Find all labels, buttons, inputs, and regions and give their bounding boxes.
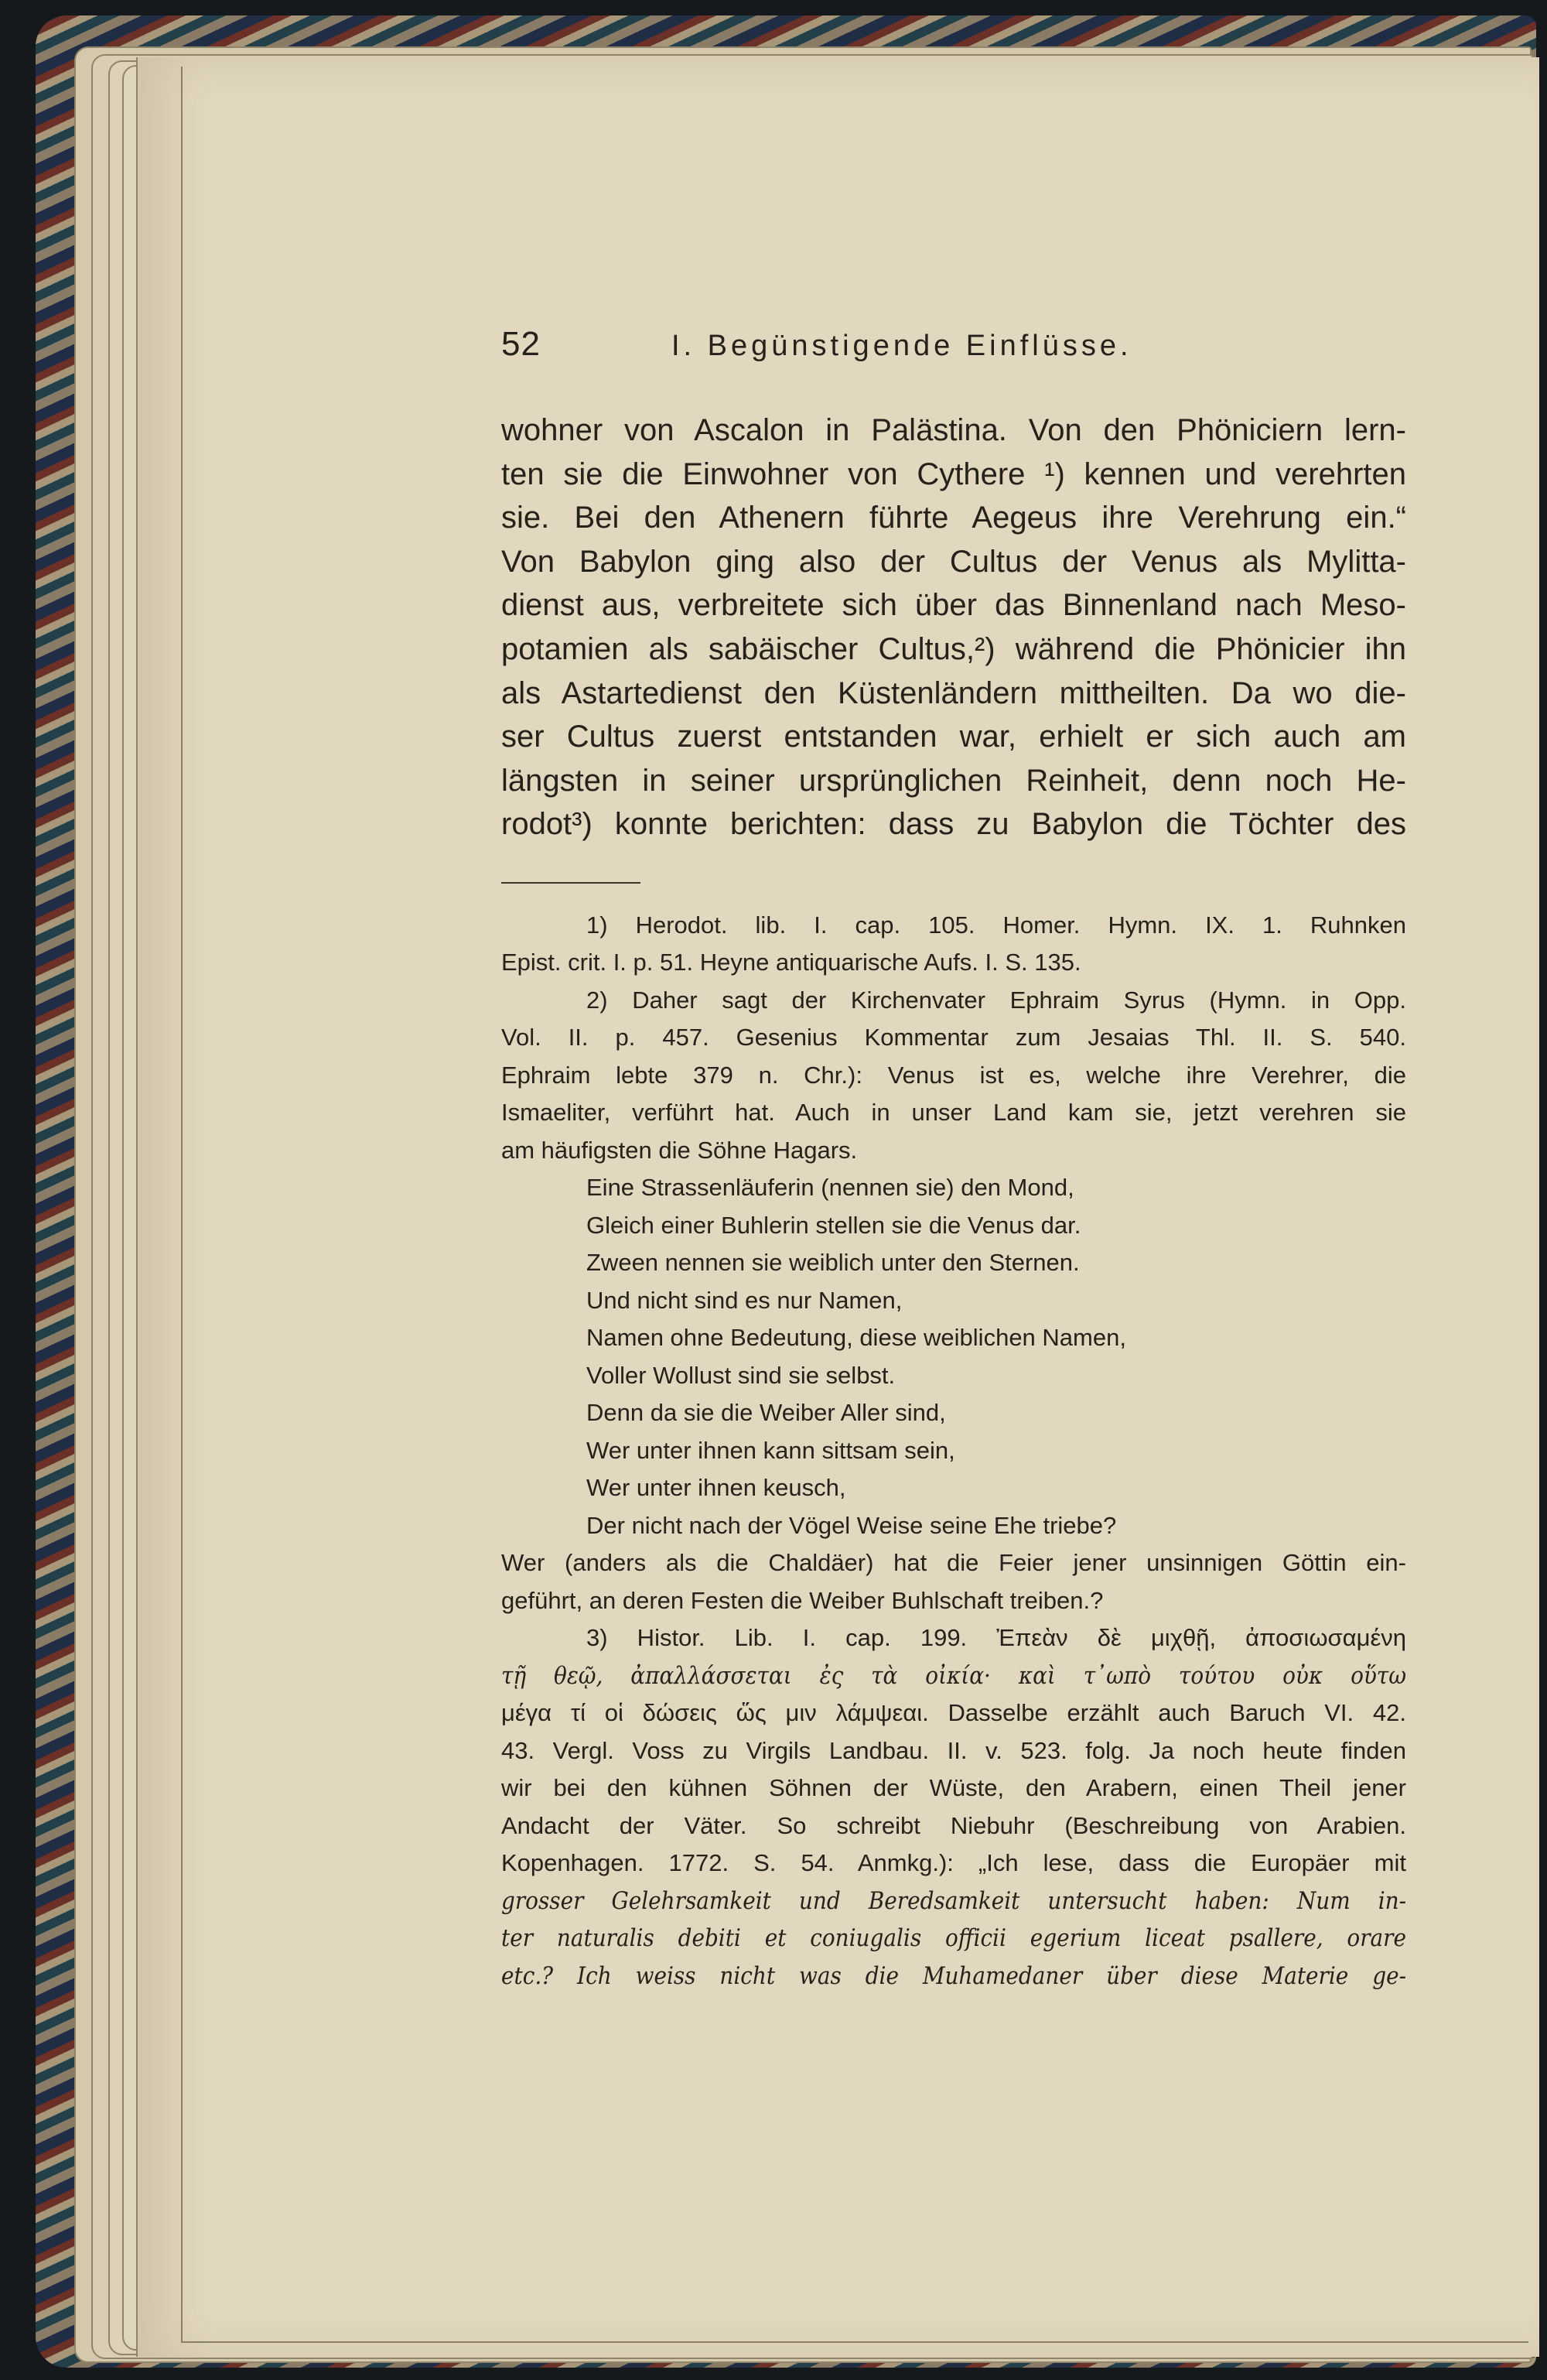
footnote-2-line: Wer (anders als die Chaldäer) hat die Fe… (501, 1544, 1406, 1582)
text-line: sie. Bei den Athenern führte Aegeus ihre… (501, 496, 1406, 540)
page-content: 52 I. Begünstigende Einflüsse. wohner vo… (501, 325, 1406, 1995)
verse-line: Namen ohne Bedeutung, diese weiblichen N… (501, 1319, 1406, 1357)
text-line: dienst aus, verbreitete sich über das Bi… (501, 583, 1406, 627)
footnote-2-line: Ismaeliter, verführt hat. Auch in unser … (501, 1094, 1406, 1132)
footnote-3-line: Kopenhagen. 1772. S. 54. Anmkg.): „Ich l… (501, 1845, 1406, 1882)
footnote-3-line: wir bei den kühnen Söhnen der Wüste, den… (501, 1770, 1406, 1807)
verse-line: Der nicht nach der Vögel Weise seine Ehe… (501, 1507, 1406, 1545)
footnote-2-line: am häufigsten die Söhne Hagars. (501, 1132, 1406, 1170)
footnote-3-greek-line: τῇ θεῷ, ἀπαλλάσσεται ἐς τὰ οἰκία· καὶ τ᾽… (501, 1657, 1406, 1695)
footnote-2-line: geführt, an deren Festen die Weiber Buhl… (501, 1582, 1406, 1620)
page-number: 52 (501, 325, 541, 364)
running-head: I. Begünstigende Einflüsse. (671, 330, 1132, 363)
footnote-3-italic-line: etc.? Ich weiss nicht was die Muhamedane… (501, 1958, 1406, 1995)
footnote-3-line: 43. Vergl. Voss zu Virgils Landbau. II. … (501, 1732, 1406, 1770)
footnote-3-italic-line: ter naturalis debiti et coniugalis offic… (501, 1920, 1406, 1958)
footnote-2-line: Ephraim lebte 379 n. Chr.): Venus ist es… (501, 1057, 1406, 1095)
footnote-1-line: Epist. crit. I. p. 51. Heyne antiquarisc… (501, 944, 1406, 982)
footnote-separator (501, 882, 640, 884)
footnote-3-line: μέγα τί οἱ δώσεις ὥς μιν λάμψεαι. Dassel… (501, 1694, 1406, 1732)
verse-line: Zween nennen sie weiblich unter den Ster… (501, 1244, 1406, 1282)
verse-line: Gleich einer Buhlerin stellen sie die Ve… (501, 1207, 1406, 1245)
verse-line: Eine Strassenläuferin (nennen sie) den M… (501, 1169, 1406, 1207)
footnote-1-line: 1) Herodot. lib. I. cap. 105. Homer. Hym… (501, 907, 1406, 945)
verse-line: Denn da sie die Weiber Aller sind, (501, 1394, 1406, 1432)
text-line: potamien als sabäischer Cultus,²) währen… (501, 627, 1406, 672)
footnotes: 1) Herodot. lib. I. cap. 105. Homer. Hym… (501, 907, 1406, 1995)
footnote-3-line: 3) Histor. Lib. I. cap. 199. Ἐπεὰν δὲ μι… (501, 1619, 1406, 1657)
main-text: wohner von Ascalon in Palästina. Von den… (501, 409, 1406, 846)
footnote-2-line: 2) Daher sagt der Kirchenvater Ephraim S… (501, 982, 1406, 1020)
verse-line: Wer unter ihnen keusch, (501, 1469, 1406, 1507)
text-line: ser Cultus zuerst entstanden war, erhiel… (501, 715, 1406, 759)
text-line: Von Babylon ging also der Cultus der Ven… (501, 540, 1406, 584)
footnote-3-italic-line: grosser Gelehrsamkeit und Beredsamkeit u… (501, 1882, 1406, 1920)
verse-line: Und nicht sind es nur Namen, (501, 1282, 1406, 1320)
verse-line: Voller Wollust sind sie selbst. (501, 1357, 1406, 1395)
footnote-2-line: Vol. II. p. 457. Gesenius Kommentar zum … (501, 1019, 1406, 1057)
footnote-3-line: Andacht der Väter. So schreibt Niebuhr (… (501, 1807, 1406, 1845)
text-line: als Astartedienst den Küstenländern mitt… (501, 672, 1406, 716)
text-line: wohner von Ascalon in Palästina. Von den… (501, 409, 1406, 453)
text-line: längsten in seiner ursprünglichen Reinhe… (501, 759, 1406, 803)
text-line: ten sie die Einwohner von Cythere ¹) ken… (501, 453, 1406, 497)
verse-line: Wer unter ihnen kann sittsam sein, (501, 1432, 1406, 1470)
text-line: rodot³) konnte berichten: dass zu Babylo… (501, 802, 1406, 846)
page-header: 52 I. Begünstigende Einflüsse. (501, 325, 1406, 387)
